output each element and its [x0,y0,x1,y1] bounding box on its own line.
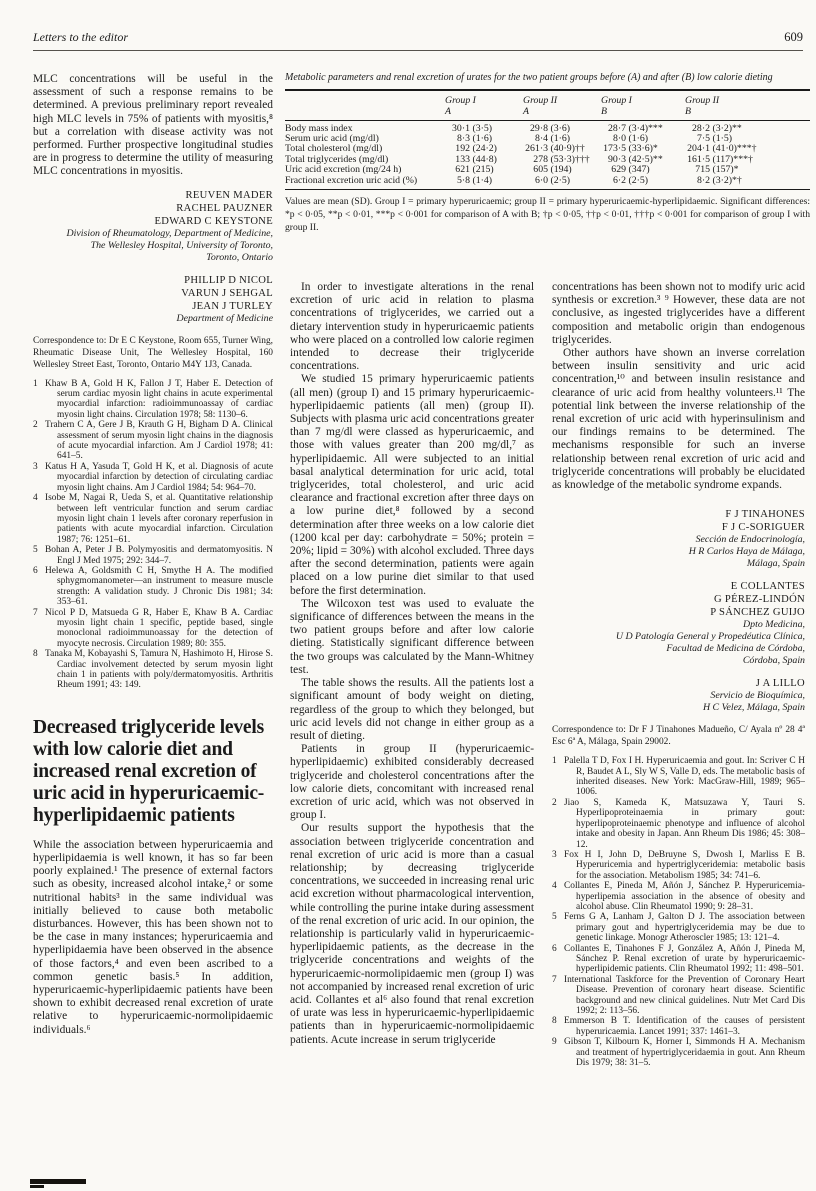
middle-column: In order to investigate alterations in t… [290,281,534,1047]
signature-block: J A LILLO Servicio de Bioquímica, H C Ve… [552,677,805,714]
author-names: PHILLIP D NICOL VARUN J SEHGAL JEAN J TU… [33,274,273,313]
body-paragraph: The Wilcoxon test was used to evaluate t… [290,598,534,677]
table-caption: Metabolic parameters and renal excretion… [285,72,810,85]
page-number: 609 [784,30,803,45]
table-header-row: Group IA Group IIA Group IB Group IIB [285,90,810,121]
header-rule [33,50,803,51]
body-paragraph: We studied 15 primary hyperuricaemic pat… [290,373,534,597]
table-row: Body mass index 30·1 (3·5) 29·8 (3·6) 28… [285,120,810,134]
signature-block: F J TINAHONES F J C-SORIGUER Sección de … [552,508,805,570]
table-footnote: Values are mean (SD). Group I = primary … [285,196,810,234]
signature-block: E COLLANTES G PÉREZ-LINDÓN P SÁNCHEZ GUI… [552,580,805,667]
table-header-empty [285,90,445,121]
signature-block: REUVEN MADER RACHEL PAUZNER EDWARD C KEY… [33,189,273,264]
intro-paragraph: While the association between hyperurica… [33,839,273,1037]
author-names: E COLLANTES G PÉREZ-LINDÓN P SÁNCHEZ GUI… [552,580,805,619]
reference-item: 7Nicol P D, Matsueda G R, Haber E, Khaw … [33,608,273,650]
right-column: concentrations has been shown not to mod… [552,281,805,1068]
results-table-block: Metabolic parameters and renal excretion… [285,72,810,234]
table-row: Fractional excretion uric acid (%) 5·8 (… [285,176,810,190]
left-column: MLC concentrations will be useful in the… [33,73,273,1037]
author-names: REUVEN MADER RACHEL PAUZNER EDWARD C KEY… [33,189,273,228]
reference-item: 2Jiao S, Kameda K, Matsuzawa Y, Tauri S.… [552,798,805,850]
table-cell: 28·2 (3·2)** [685,120,810,134]
signature-block: PHILLIP D NICOL VARUN J SEHGAL JEAN J TU… [33,274,273,325]
reference-item: 6Helewa A, Goldsmith C H, Smythe H A. Th… [33,566,273,608]
reference-item: 4Isobe M, Nagai R, Ueda S, et al. Quanti… [33,493,273,545]
table-cell: 8·2 (3·2)*† [685,176,810,190]
scan-artifact [30,1185,44,1188]
reference-item: 9Gibson T, Kilbourn K, Horner I, Simmond… [552,1037,805,1068]
table-cell: 6·2 (2·5) [601,176,685,190]
table-cell: 5·8 (1·4) [445,176,523,190]
table-header-col: Group IA [445,90,523,121]
author-affiliation: Division of Rheumatology, Department of … [33,228,273,264]
author-affiliation: Department of Medicine [33,313,273,325]
closing-paragraph: MLC concentrations will be useful in the… [33,73,273,179]
correspondence-note: Correspondence to: Dr F J Tinahones Madu… [552,724,805,748]
body-paragraph: In order to investigate alterations in t… [290,281,534,373]
scan-artifact [30,1179,86,1184]
author-affiliation: Servicio de Bioquímica, H C Velez, Málag… [552,690,805,714]
body-paragraph: Our results support the hypothesis that … [290,822,534,1046]
body-paragraph: concentrations has been shown not to mod… [552,281,805,347]
reference-item: 5Ferns G A, Lanham J, Galton D J. The as… [552,912,805,943]
table-cell: 6·0 (2·5) [523,176,601,190]
reference-item: 2Trahern C A, Gere J B, Krauth G H, Bigh… [33,420,273,462]
table-cell: 29·8 (3·6) [523,120,601,134]
author-names: F J TINAHONES F J C-SORIGUER [552,508,805,534]
correspondence-note: Correspondence to: Dr E C Keystone, Room… [33,335,273,371]
journal-page: Letters to the editor 609 MLC concentrat… [0,0,816,1191]
reference-item: 6Collantes E, Tinahones F J, González A,… [552,944,805,975]
page-header: Letters to the editor 609 [33,30,803,45]
row-label: Body mass index [285,120,445,134]
body-paragraph: Patients in group II (hyperuricaemic-hyp… [290,743,534,822]
table-header-col: Group IIA [523,90,601,121]
reference-item: 1Khaw B A, Gold H K, Fallon J T, Haber E… [33,379,273,421]
reference-list: 1Khaw B A, Gold H K, Fallon J T, Haber E… [33,379,273,691]
reference-item: 5Bohan A, Peter J B. Polymyositis and de… [33,545,273,566]
reference-item: 7International Taskforce for the Prevent… [552,975,805,1017]
author-affiliation: Dpto Medicina, U D Patología General y P… [552,619,805,667]
reference-item: 3Katus H A, Yasuda T, Gold H K, et al. D… [33,462,273,493]
reference-item: 8Tanaka M, Kobayashi S, Tamura N, Hashim… [33,649,273,691]
reference-list: 1Palella T D, Fox I H. Hyperuricaemia an… [552,756,805,1068]
table-cell: 30·1 (3·5) [445,120,523,134]
author-names: J A LILLO [552,677,805,690]
body-paragraph: Other authors have shown an inverse corr… [552,347,805,492]
table-header-col: Group IIB [685,90,810,121]
reference-item: 3Fox H I, John D, DeBruyne S, Dwosh I, M… [552,850,805,881]
results-table: Group IA Group IIA Group IB Group IIB Bo… [285,89,810,190]
reference-item: 4Collantes E, Pineda M, Añón J, Sánchez … [552,881,805,912]
table-header-col: Group IB [601,90,685,121]
letter-title: Decreased triglyceride levels with low c… [33,717,273,827]
author-affiliation: Sección de Endocrinología, H R Carlos Ha… [552,534,805,570]
table-cell: 28·7 (3·4)*** [601,120,685,134]
reference-item: 8Emmerson B T. Identification of the cau… [552,1016,805,1037]
body-paragraph: The table shows the results. All the pat… [290,677,534,743]
row-label: Fractional excretion uric acid (%) [285,176,445,190]
reference-item: 1Palella T D, Fox I H. Hyperuricaemia an… [552,756,805,798]
running-title: Letters to the editor [33,30,128,45]
